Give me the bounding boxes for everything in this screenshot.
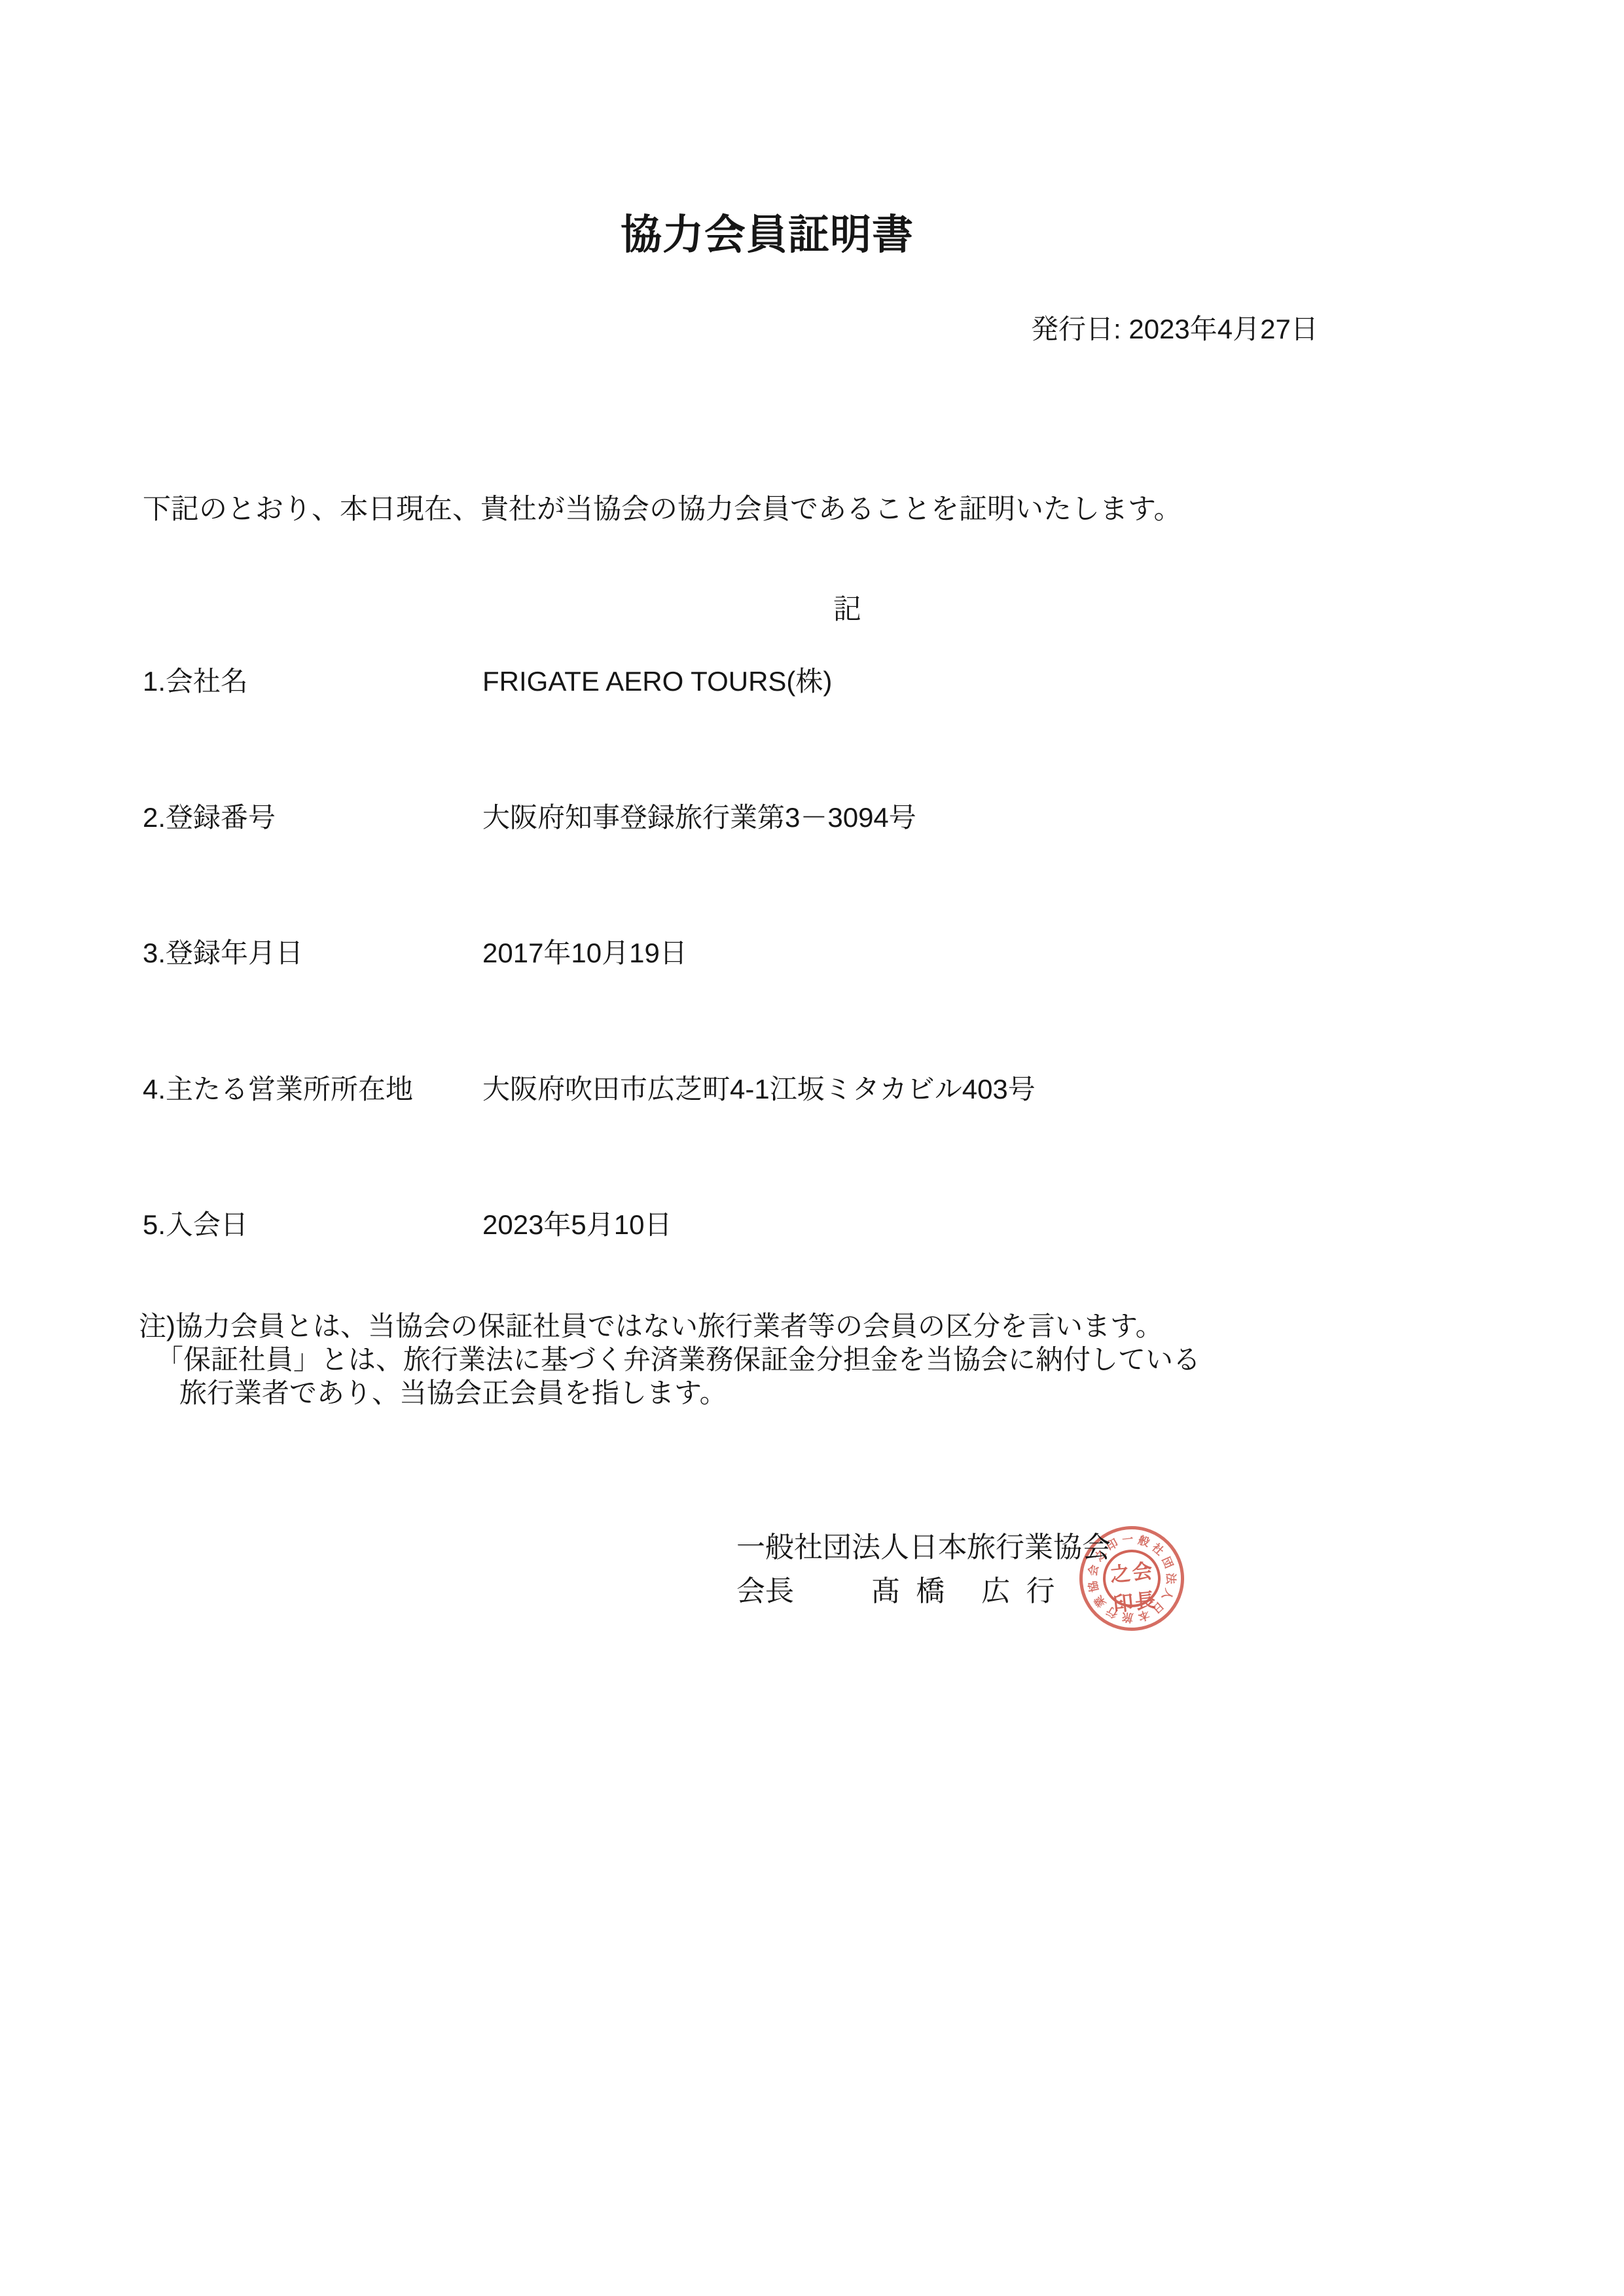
item-registration-date: 3.登録年月日 2017年10月19日: [143, 937, 303, 970]
item-label: 3.登録年月日: [143, 938, 303, 968]
page-title: 協力会員証明書: [621, 215, 914, 256]
item-value: FRIGATE AERO TOURS(株): [482, 665, 832, 698]
footnote: 注)協力会員とは、当協会の保証社員ではない旅行業者等の会員の区分を言います。 「…: [139, 1309, 1200, 1410]
organization-name: 一般社団法人日本旅行業協会: [736, 1531, 1111, 1565]
footnote-line: 注)協力会員とは、当協会の保証社員ではない旅行業者等の会員の区分を言います。: [139, 1309, 1200, 1343]
item-label: 5.入会日: [143, 1209, 248, 1240]
section-marker-ki: 記: [833, 593, 861, 627]
president-line: 会長髙 橋 広 行: [736, 1575, 1111, 1609]
footnote-line: 「保証社員」とは、旅行業法に基づく弁済業務保証金分担金を当協会に納付している: [156, 1343, 1200, 1376]
signature-block: 一般社団法人日本旅行業協会 会長髙 橋 広 行: [736, 1531, 1111, 1609]
item-value: 2023年5月10日: [482, 1209, 672, 1241]
item-value: 大阪府知事登録旅行業第3－3094号: [482, 801, 916, 834]
intro-text: 下記のとおり、本日現在、貴社が当協会の協力会員であることを証明いたします。: [143, 492, 1182, 528]
item-value: 2017年10月19日: [482, 937, 687, 970]
item-label: 1.会社名: [143, 666, 248, 697]
item-registration-number: 2.登録番号 大阪府知事登録旅行業第3－3094号: [143, 801, 276, 834]
item-office-address: 4.主たる営業所所在地 大阪府吹田市広芝町4-1江坂ミタカビル403号: [143, 1073, 413, 1106]
certificate-page: 協力会員証明書 発行日: 2023年4月27日 下記のとおり、本日現在、貴社が当…: [0, 0, 1624, 2296]
item-company-name: 1.会社名 FRIGATE AERO TOURS(株): [143, 665, 248, 698]
item-label: 4.主たる営業所所在地: [143, 1074, 413, 1104]
issue-date: 発行日: 2023年4月27日: [1031, 313, 1318, 346]
president-title: 会長: [736, 1575, 794, 1607]
item-label: 2.登録番号: [143, 802, 276, 833]
item-membership-date: 5.入会日 2023年5月10日: [143, 1209, 248, 1241]
president-name: 髙 橋 広 行: [871, 1575, 1058, 1607]
item-value: 大阪府吹田市広芝町4-1江坂ミタカビル403号: [482, 1073, 1036, 1106]
footnote-line: 旅行業者であり、当協会正会員を指します。: [179, 1376, 1200, 1410]
